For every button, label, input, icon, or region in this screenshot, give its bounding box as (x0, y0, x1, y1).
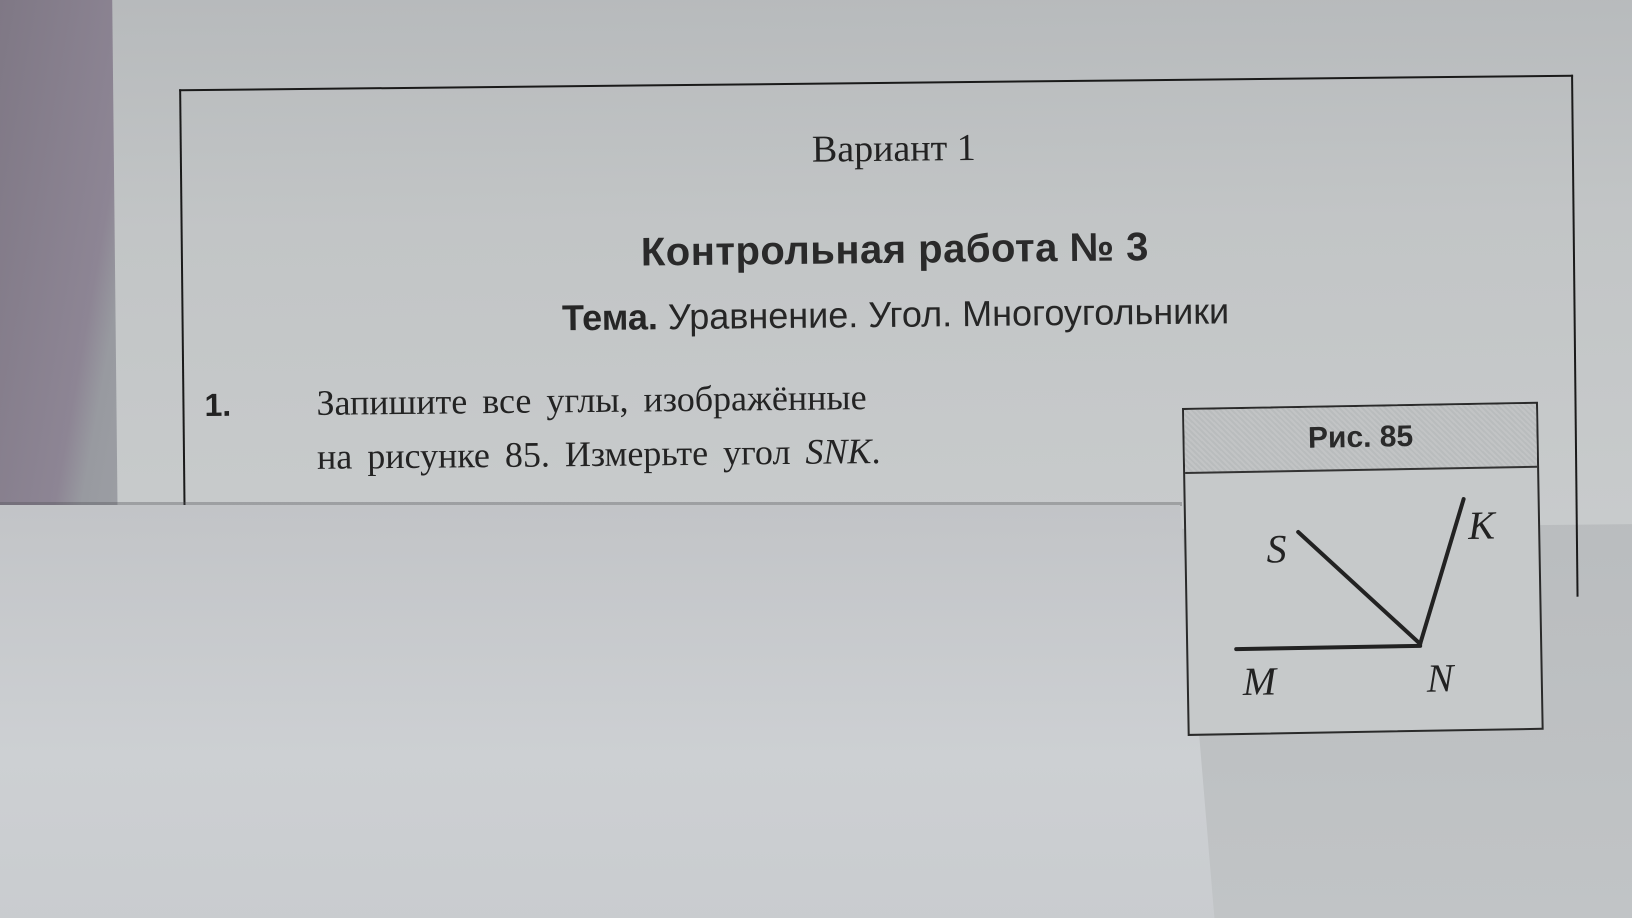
topic-text: Уравнение. Угол. Многоугольники (668, 290, 1230, 337)
point-label-s: S (1266, 526, 1287, 571)
task-line-2: на рисунке 85. Измерьте угол SNK. (317, 422, 1098, 484)
blank-cover-sheet (0, 505, 1215, 918)
point-label-m: M (1241, 658, 1279, 704)
angle-name: SNK (805, 431, 871, 472)
task-text: Запишите все углы, изображённые на рисун… (316, 368, 1097, 484)
ray-ns (1298, 530, 1420, 646)
figure-85: Рис. 85 S K M N (1182, 402, 1544, 736)
task-number: 1. (204, 387, 231, 424)
angle-diagram: S K M N (1185, 468, 1541, 732)
task-line-1: Запишите все углы, изображённые (316, 368, 1097, 430)
task-line-2-suffix: . (871, 431, 880, 471)
topic-label: Тема. (562, 296, 658, 338)
task-line-2-prefix: на рисунке 85. Измерьте угол (317, 432, 806, 477)
figure-caption: Рис. 85 (1184, 404, 1537, 474)
ray-nm (1236, 646, 1420, 649)
ray-nk (1418, 499, 1467, 644)
point-label-k: K (1467, 503, 1498, 549)
point-label-n: N (1425, 655, 1456, 701)
